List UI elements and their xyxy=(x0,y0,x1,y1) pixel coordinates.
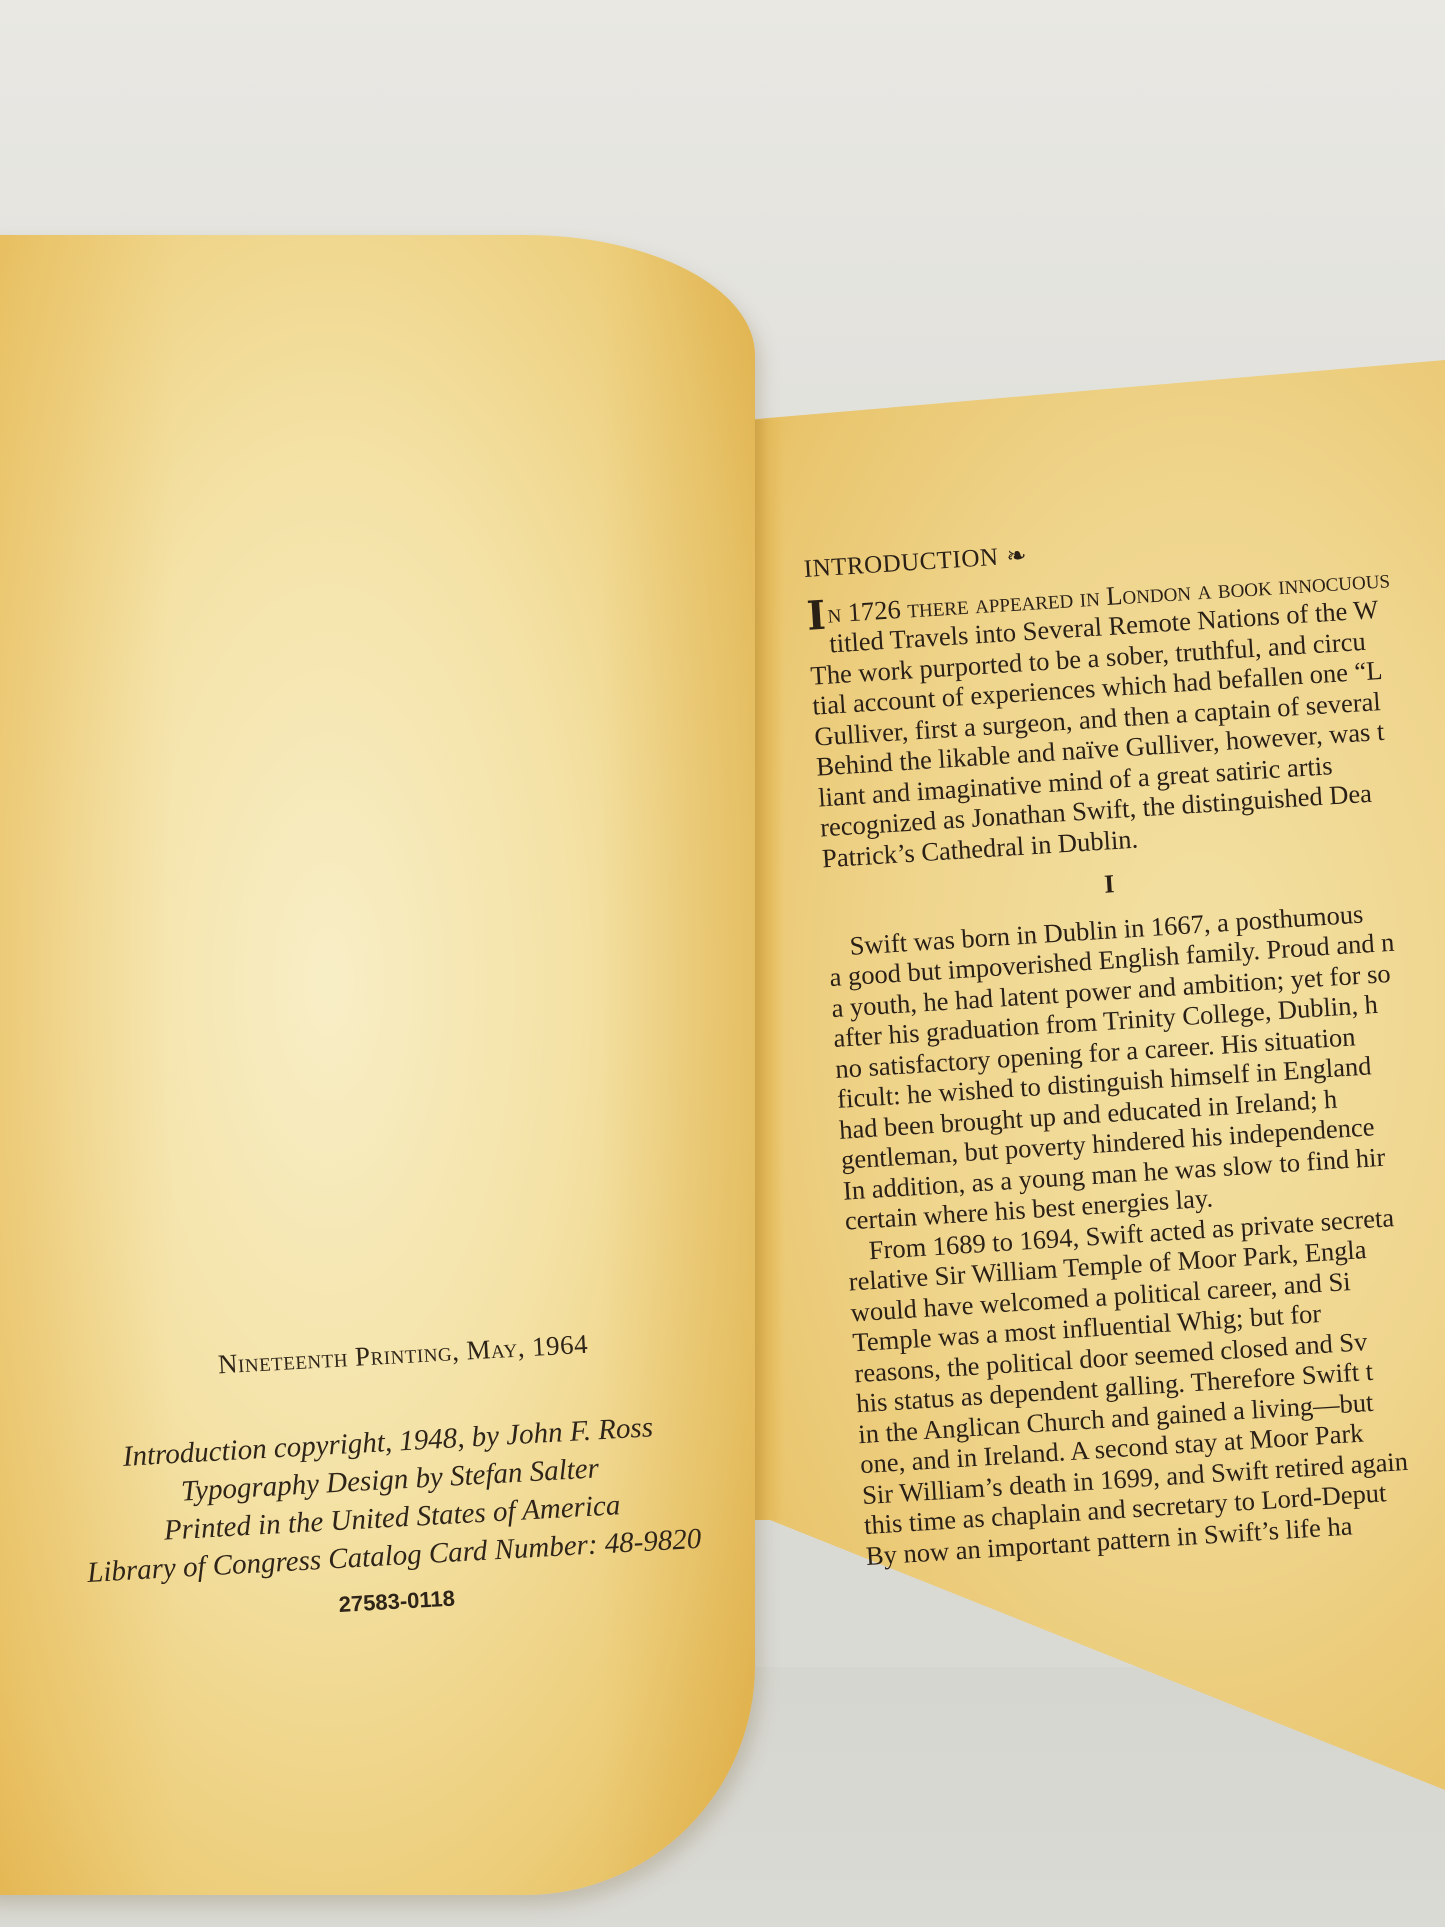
credits: Introduction copyright, 1948, by John F.… xyxy=(37,1404,747,1641)
colophon: Nineteenth Printing, May, 1964 Introduct… xyxy=(33,1321,748,1641)
fleuron-ornament-icon: ❧ xyxy=(1006,543,1028,570)
left-page xyxy=(0,235,755,1895)
paragraph-3: From 1689 to 1694, Swift acted as privat… xyxy=(846,1188,1445,1571)
drop-cap: I xyxy=(806,600,827,631)
paragraph-2: Swift was born in Dublin in 1667, a post… xyxy=(827,884,1445,1236)
opening-paragraph: I n 1726 there appeared in London a book… xyxy=(806,552,1445,874)
introduction-text: INTRODUCTION❧ I n 1726 there appeared in… xyxy=(803,507,1445,1571)
